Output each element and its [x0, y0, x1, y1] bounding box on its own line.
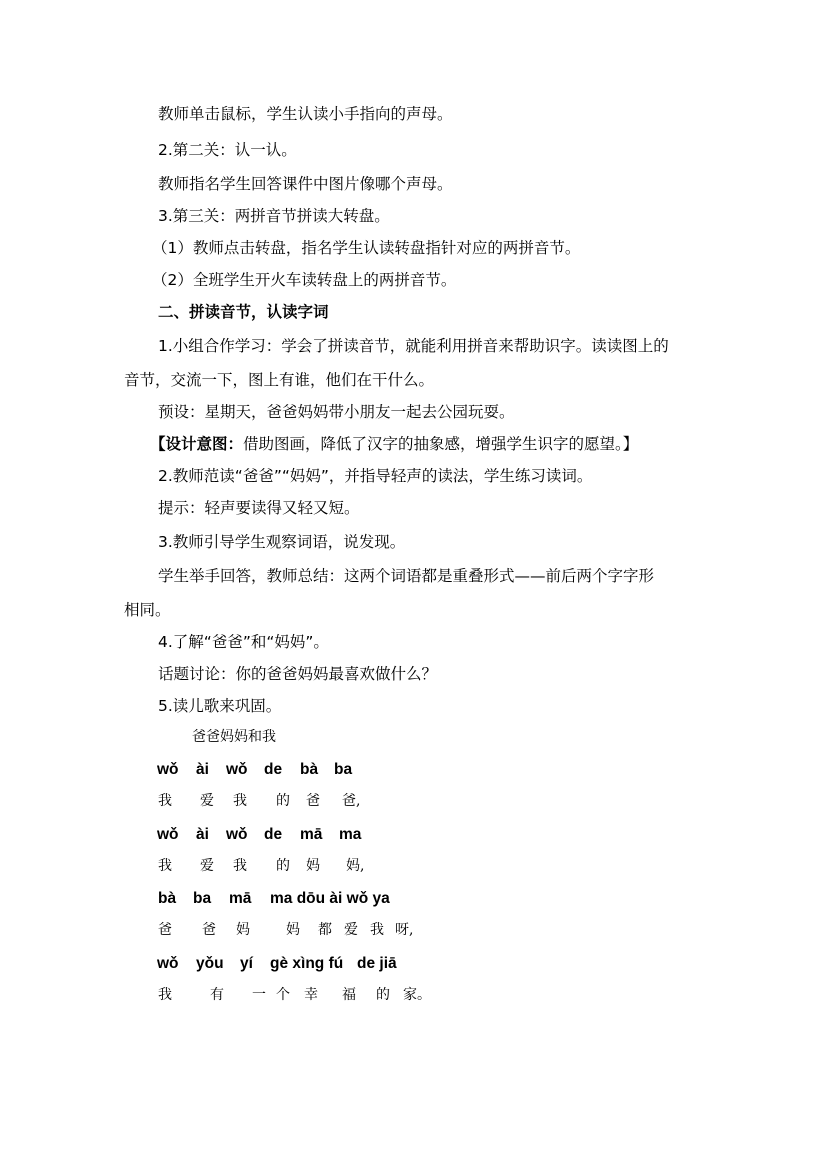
paragraph-line: 教师指名学生回答课件中图片像哪个声母。: [158, 174, 453, 194]
pinyin-word: ma dōu ài wǒ ya: [270, 889, 390, 909]
paragraph-line: 1.小组合作学习：学会了拼读音节，就能利用拼音来帮助识字。读读图上的: [158, 336, 669, 356]
paragraph-line: 4.了解“爸爸”和“妈妈”。: [158, 632, 329, 652]
paragraph-line: 音节，交流一下，图上有谁，他们在干什么。: [124, 370, 434, 390]
pinyin-word: wǒ: [157, 760, 179, 780]
hanzi-word: 家。: [403, 986, 431, 1004]
paragraph-line: （1）教师点击转盘，指名学生认读转盘指针对应的两拼音节。: [152, 238, 580, 258]
pinyin-word: ài: [196, 825, 209, 845]
hanzi-word: 爱: [200, 857, 214, 875]
hanzi-word: 我: [370, 921, 384, 939]
pinyin-word: de: [264, 760, 282, 780]
paragraph-line: 2.教师范读“爸爸”“妈妈”，并指导轻声的读法，学生练习读词。: [158, 466, 592, 486]
pinyin-word: ba: [193, 889, 211, 909]
paragraph-line: 相同。: [124, 600, 171, 620]
pinyin-word: bà: [300, 760, 318, 780]
design-intent-text: 借助图画，降低了汉字的抽象感，增强学生识字的愿望。】: [243, 435, 638, 453]
paragraph-line: （2）全班学生开火车读转盘上的两拼音节。: [152, 270, 456, 290]
paragraph-line: 教师单击鼠标，学生认读小手指向的声母。: [158, 104, 453, 124]
hanzi-word: 妈: [236, 921, 250, 939]
pinyin-word: wǒ: [157, 954, 179, 974]
hanzi-word: 爱: [200, 792, 214, 810]
poem-title: 爸爸妈妈和我: [192, 728, 276, 746]
pinyin-word: bà: [158, 889, 176, 909]
hanzi-word: 有: [210, 986, 224, 1004]
hanzi-word: 我: [233, 857, 247, 875]
pinyin-word: de: [264, 825, 282, 845]
hanzi-word: 妈: [306, 857, 320, 875]
paragraph-line: 3.第三关：两拼音节拼读大转盘。: [158, 206, 390, 226]
hanzi-word: 妈: [286, 921, 300, 939]
hanzi-word: 都: [318, 921, 332, 939]
pinyin-word: wǒ: [226, 825, 248, 845]
hanzi-word: 我: [158, 792, 172, 810]
hanzi-word: 爱: [344, 921, 358, 939]
hanzi-word: 福: [342, 986, 356, 1004]
pinyin-word: de jiā: [357, 954, 397, 974]
paragraph-line: 学生举手回答，教师总结：这两个词语都是重叠形式——前后两个字字形: [158, 566, 654, 586]
pinyin-word: wǒ: [226, 760, 248, 780]
hanzi-word: 幸: [304, 986, 318, 1004]
hanzi-word: 爸: [306, 792, 320, 810]
paragraph-line: 【设计意图：借助图画，降低了汉字的抽象感，增强学生识字的愿望。】: [150, 434, 638, 454]
paragraph-line: 话题讨论：你的爸爸妈妈最喜欢做什么？: [158, 664, 437, 684]
hanzi-word: 一: [252, 986, 266, 1004]
hanzi-word: 妈,: [346, 857, 364, 875]
paragraph-line: 2.第二关：认一认。: [158, 140, 297, 160]
pinyin-word: ài: [196, 760, 209, 780]
paragraph-line: 3.教师引导学生观察词语，说发现。: [158, 532, 405, 552]
hanzi-word: 我: [158, 986, 172, 1004]
hanzi-word: 的: [376, 986, 390, 1004]
pinyin-word: wǒ: [157, 825, 179, 845]
pinyin-word: yǒu: [196, 954, 224, 974]
paragraph-line: 5.读儿歌来巩固。: [158, 696, 281, 716]
hanzi-word: 爸: [158, 921, 172, 939]
design-intent-label: 【设计意图：: [150, 435, 243, 453]
pinyin-word: ma: [339, 825, 361, 845]
paragraph-line: 提示：轻声要读得又轻又短。: [158, 498, 360, 518]
pinyin-word: gè xìng fú: [270, 954, 343, 974]
paragraph-line: 预设：星期天，爸爸妈妈带小朋友一起去公园玩耍。: [158, 402, 515, 422]
pinyin-word: mā: [229, 889, 251, 909]
hanzi-word: 的: [276, 792, 290, 810]
hanzi-word: 个: [276, 986, 290, 1004]
hanzi-word: 爸: [202, 921, 216, 939]
hanzi-word: 爸,: [342, 792, 360, 810]
pinyin-word: mā: [300, 825, 322, 845]
section-heading: 二、拼读音节，认读字词: [158, 302, 329, 322]
hanzi-word: 呀,: [395, 921, 413, 939]
hanzi-word: 我: [233, 792, 247, 810]
pinyin-word: ba: [334, 760, 352, 780]
pinyin-word: yí: [240, 954, 253, 974]
hanzi-word: 我: [158, 857, 172, 875]
hanzi-word: 的: [276, 857, 290, 875]
